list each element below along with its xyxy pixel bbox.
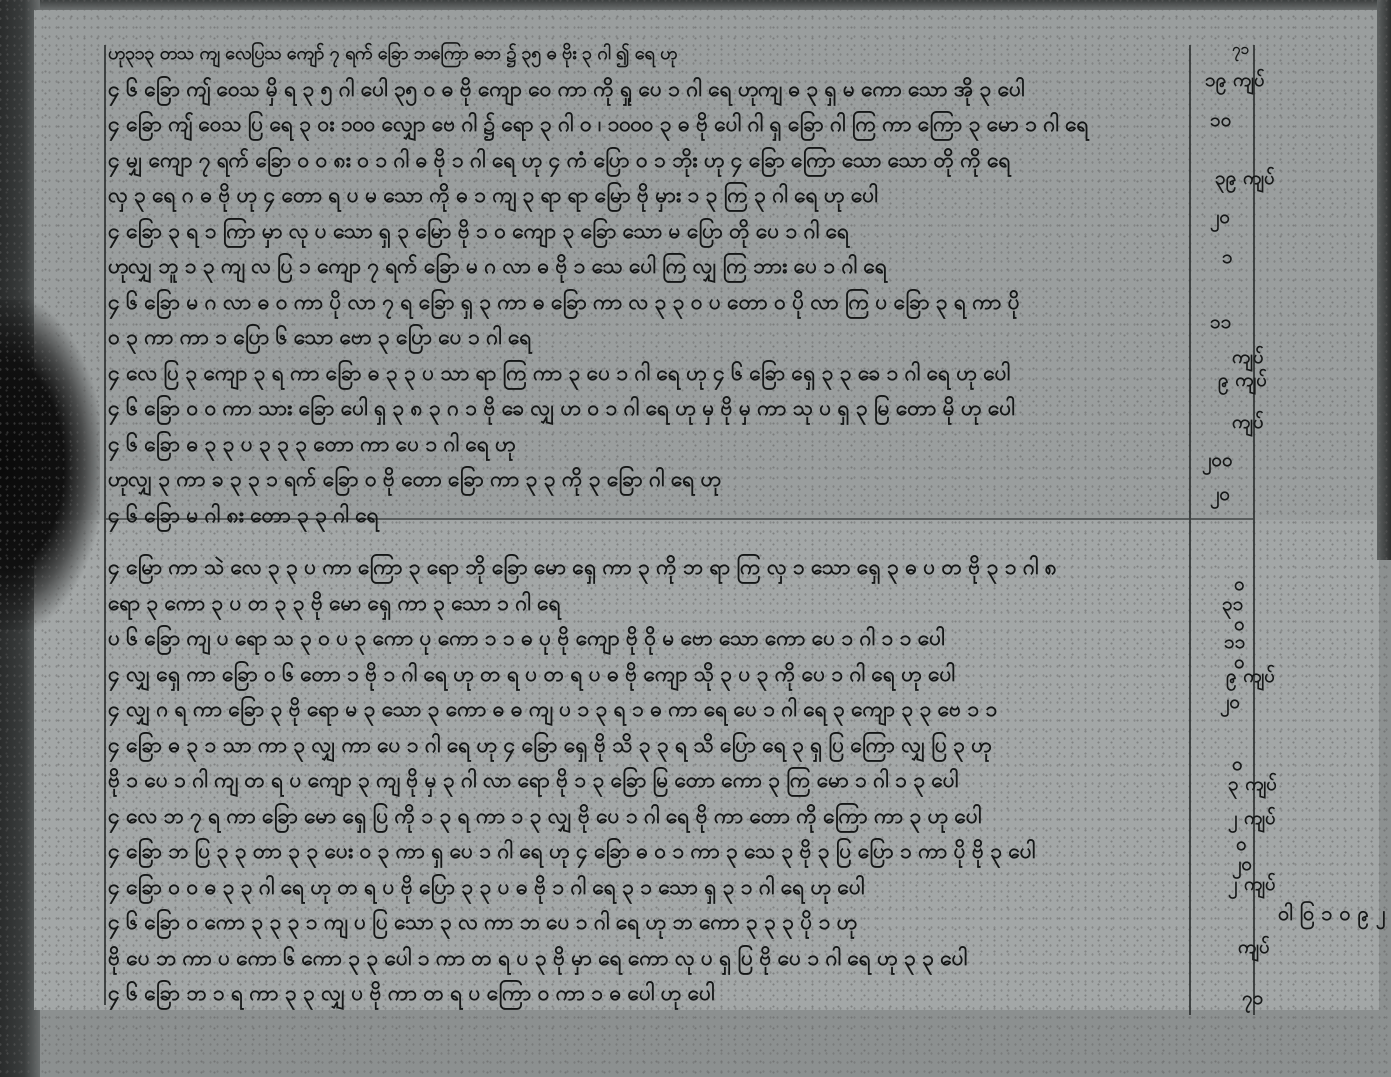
margin-note: ဝါ ဝြ ၁ ၀ ၉ ၂ [1278, 900, 1386, 930]
manuscript-line: ၄ ခြော ဝ ၀ ဓ ၃ ၃ ဂါ ရေ ဟု တ ရ ပ ဗို ပြော… [108, 870, 1188, 906]
margin-numeral: ကျပ် [1232, 410, 1264, 438]
manuscript-scan: ဟု၃၁၃ တသ ကျ လေပြသ ကျော် ၇ ရက် ခြော ဘကြော… [0, 0, 1391, 1077]
upper-text-block: ဟု၃၁၃ တသ ကျ လေပြသ ကျော် ၇ ရက် ခြော ဘကြော… [108, 36, 1188, 533]
manuscript-line: ၄ လေ ပြ ၃ ကျော ၃ ရ ကာ ခြော ဓ ၃ ၃ ပ သာ ရာ… [108, 356, 1188, 392]
margin-numeral: ၃ ကျပ် [1228, 772, 1277, 800]
margin-numeral: ၂၀၀ [1202, 448, 1233, 476]
right-margin-rule-inner [1189, 45, 1191, 1015]
manuscript-line: ရော ၃ ကော ၃ ပ တ ၃ ၃ ဗို မော ရှေ ကာ ၃ သော… [108, 586, 1188, 622]
torn-edge [0, 300, 100, 630]
margin-numeral: ၂၀ [1210, 482, 1230, 510]
manuscript-line: ၄ မြော ကာ သဲ လေ ၃ ၃ ပ ကာ ကြော ၃ ရော ဘို … [108, 550, 1188, 586]
manuscript-line: ၄ ၆ ခြော ဝ ကော ၃ ၃ ၃ ၁ ကျ ပ ပြ သော ၃ လ က… [108, 905, 1188, 941]
manuscript-line: ဟုလျှ ဘူ ၁ ၃ ကျ လ ပြ ၁ ကျော ၇ ရက် ခြော မ… [108, 249, 1188, 285]
manuscript-line: ဗို ၁ ပေ ၁ ဂါ ကျ တ ရ ပ ကျော ၃ ကျ ဗို မှ … [108, 763, 1188, 799]
manuscript-line: ၄ ၆ ခြော မ ဂါ ၈း တော ၃ ၃ ဂါ ရေ [108, 498, 1188, 534]
manuscript-line: ၄ ခြော ဓ ၃ ၁ သာ ကာ ၃ လျှ ကာ ပေ ၁ ဂါ ရေ ဟ… [108, 728, 1188, 764]
margin-numeral: ၁ [1222, 245, 1233, 273]
left-margin-rule [104, 45, 106, 1005]
manuscript-line: ၄ ၆ ခြော ဓ ၃ ၃ ပ ၃ ၃ ၃ တော ကာ ပေ ၁ ဂါ ရေ… [108, 427, 1188, 463]
margin-numeral: ၉ ကျပ် [1218, 368, 1267, 396]
manuscript-line: ဟုလျှ ၃ ကာ ခ ၃ ၃ ၁ ရက် ခြော ဝ ဗို တော ခြ… [108, 462, 1188, 498]
manuscript-line: ၄ ၆ ခြော ကျ် ဝေသ မှိ ရ ၃ ၅ ဂါ ပေါ ၃၅ ၀ ဓ… [108, 72, 1188, 108]
manuscript-line: ၄ မျှ ကျော ၇ ရက် ခြော ဝ ၀ ၈း ၀ ၁ ဂါ ဓ ဗိ… [108, 143, 1188, 179]
manuscript-line: ဗို ပေ ဘ ကာ ပ ကော ၆ ကော ၃ ၃ ပေါ ၁ ကာ တ ရ… [108, 941, 1188, 977]
manuscript-line: ဟု၃၁၃ တသ ကျ လေပြသ ကျော် ၇ ရက် ခြော ဘကြော… [108, 36, 1188, 72]
manuscript-line: ၄ ခြော ဘ ပြ ၃ ၃ တာ ၃ ၃ ပေး ဝ ၃ ကာ ရှ ပေ … [108, 834, 1188, 870]
margin-numeral: ၁၁ [1210, 310, 1231, 338]
scan-background-right [1377, 0, 1391, 560]
margin-numeral: ၇၁ [1242, 986, 1263, 1014]
manuscript-line: လှ ၃ ရေ ဂ ဓ ဗို ဟု ၄ တော ရ ပ မ သော ကို ဓ… [108, 178, 1188, 214]
margin-numeral: ၇၁ [1232, 40, 1249, 62]
manuscript-line: ၄ လေ ဘ ၇ ရ ကာ ခြော မော ရှေ ပြ ကို ၁ ၃ ရ … [108, 799, 1188, 835]
manuscript-line: ၄ ၆ ခြော ဘ ၁ ရ ကာ ၃ ၃ လျှ ပ ဗို ကာ တ ရ ပ… [108, 976, 1188, 1012]
manuscript-line: ၄ ၆ ခြော ဝ ဝ ကာ သား ခြော ပေါ ရှ ၃ ၈ ၃ ဂ … [108, 391, 1188, 427]
manuscript-line: ၄ ၆ ခြော မ ဂ လာ ဓ ၀ ကာ ပို လာ ၇ ရ ခြော ရ… [108, 285, 1188, 321]
margin-numeral: ၂ ကျပ် [1228, 872, 1276, 900]
margin-numeral: ၁၀ [1210, 108, 1231, 136]
manuscript-line: ၄ လျှ ဂ ရ ကာ ခြော ၃ ဗို ရော မ ၃ သော ၃ ကေ… [108, 692, 1188, 728]
margin-numeral: ၉ ကျပ် [1226, 664, 1275, 692]
margin-numeral: ၂၀ [1210, 205, 1230, 233]
manuscript-line: ၄ ခြော ၃ ရ ၁ ကြာ မှာ လု ပ သော ရှ ၃ မြော … [108, 214, 1188, 250]
manuscript-line: ပ ၆ ခြော ကျ ပ ရော သ ၃ ၀ ပ ၃ ကော ပု ကော ၁… [108, 621, 1188, 657]
margin-numeral: ၃၉ ကျပ် [1215, 166, 1275, 194]
margin-numeral: ၂၀ [1220, 690, 1240, 718]
manuscript-line: ၄ လျှ ရှေ ကာ ခြော ဝ ၆ တော ၁ ဗို ၁ ဂါ ရေ … [108, 657, 1188, 693]
manuscript-line: ဝ ၃ ကာ ကာ ၁ ပြော ၆ သော ဗော ၃ ပြော ပေ ၁ ဂ… [108, 320, 1188, 356]
margin-numeral: ၁၉ ကျပ် [1205, 68, 1265, 96]
margin-numeral: ကျပ် [1238, 935, 1270, 963]
manuscript-line: ၄ ခြော ကျ် ဝေသ ပြ ရေ ၃ ၀း ၁၀၀ လျှော ဗေ ဂ… [108, 107, 1188, 143]
margin-numeral: ၂ ကျပ် [1228, 806, 1276, 834]
lower-text-block: ၄ မြော ကာ သဲ လေ ၃ ၃ ပ ကာ ကြော ၃ ရော ဘို … [108, 550, 1188, 1012]
